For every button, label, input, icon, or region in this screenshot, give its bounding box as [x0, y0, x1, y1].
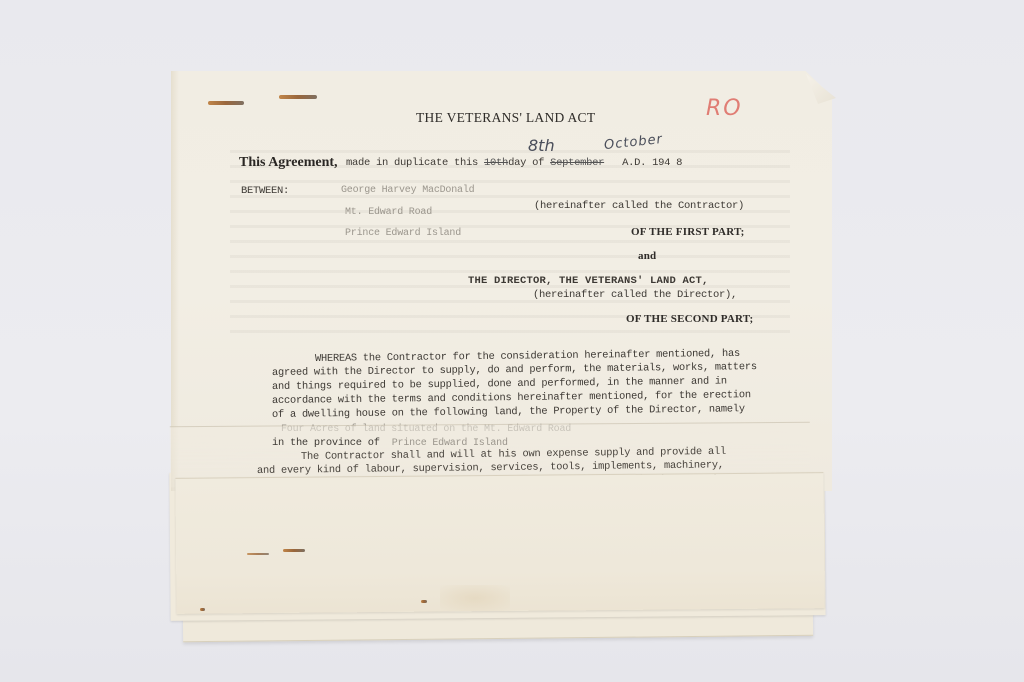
year: A.D. 194 8 [622, 157, 682, 169]
staple-rust-mark [279, 95, 317, 99]
province-prefix: in the province of [272, 437, 380, 449]
photo-scene: THE VETERANS' LAND ACT RO 8th October Th… [0, 0, 1024, 682]
rust-spot [200, 608, 205, 611]
director-label: THE DIRECTOR, THE VETERANS' LAND ACT, [468, 275, 709, 287]
handwritten-annotation: RO [706, 96, 743, 121]
staple-rust-mark [208, 101, 244, 105]
rust-spot [421, 600, 427, 603]
province-line: in the province of Prince Edward Island [272, 437, 508, 449]
and-label: and [638, 250, 656, 262]
water-stain [440, 585, 510, 611]
contractor-role: (hereinafter called the Contractor) [534, 200, 744, 212]
reverse-side-bleed [230, 150, 790, 340]
agreement-prefix: made in duplicate this [346, 157, 478, 169]
contractor-address-line-1: Mt. Edward Road [345, 207, 432, 218]
contractor-name: George Harvey MacDonald [341, 185, 474, 196]
between-label: BETWEEN: [241, 185, 289, 197]
agreement-heading: This Agreement, [239, 155, 338, 171]
first-part-label: OF THE FIRST PART; [631, 226, 745, 238]
second-part-label: OF THE SECOND PART; [626, 313, 753, 325]
staple-rust-mark [247, 553, 269, 555]
staple-rust-mark [283, 549, 305, 552]
contractor-address-line-2: Prince Edward Island [345, 228, 461, 239]
director-role: (hereinafter called the Director), [533, 289, 737, 301]
struck-day: 10th [484, 157, 508, 169]
document-title: THE VETERANS' LAND ACT [416, 110, 595, 126]
struck-month: September [550, 157, 604, 169]
handwritten-day: 8th [528, 136, 555, 155]
province-name: Prince Edward Island [392, 438, 508, 449]
agreement-line: made in duplicate this 10thday of Septem… [346, 157, 682, 169]
day-of: day of [508, 157, 544, 169]
